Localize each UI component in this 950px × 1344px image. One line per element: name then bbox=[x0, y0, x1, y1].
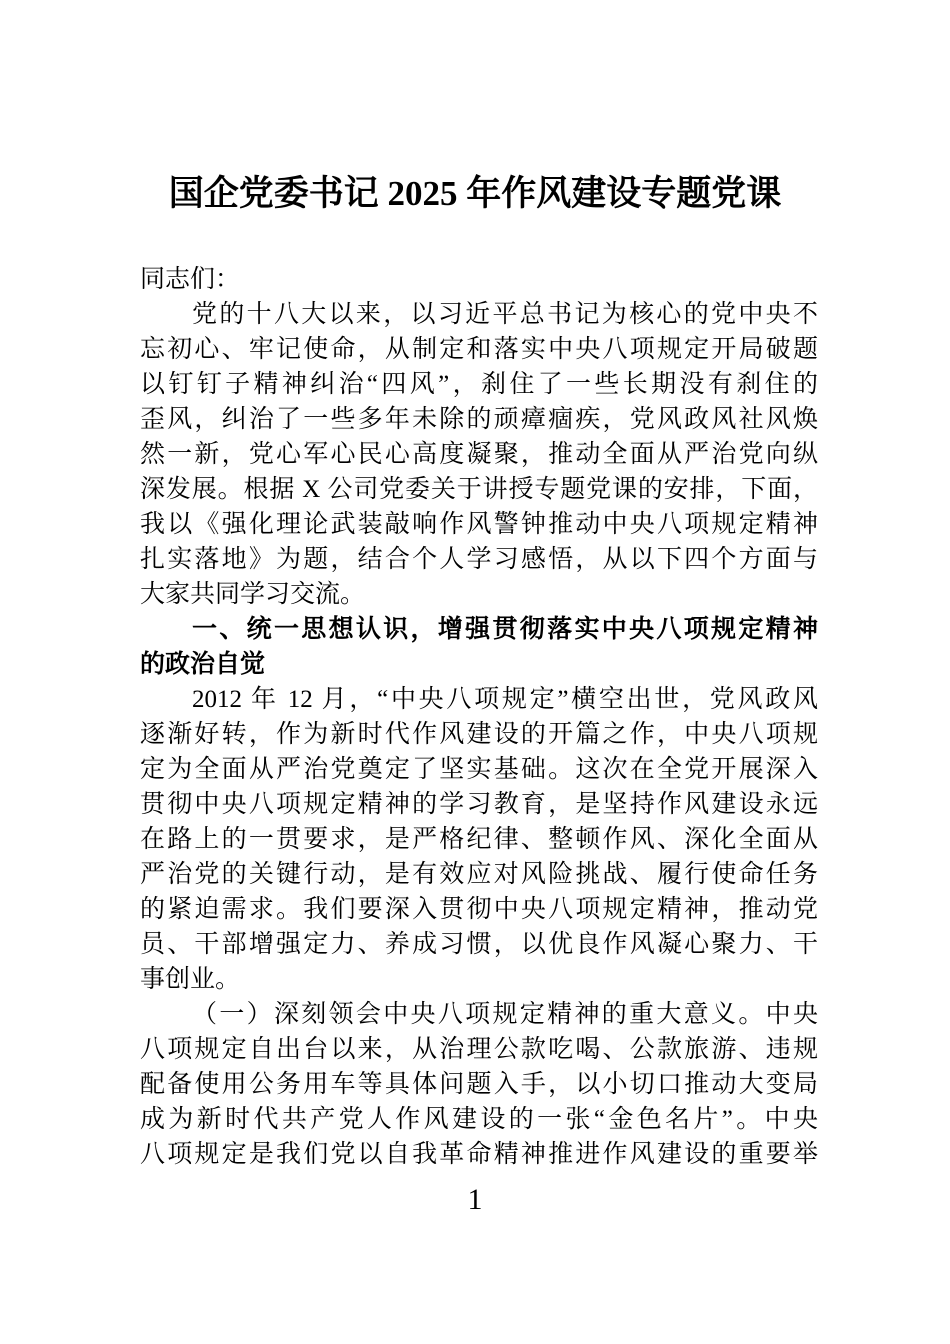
text-line: 党的十八大以来，以习近平总书记为核心的党中央不 bbox=[140, 297, 818, 332]
text-line: 贯彻中央八项规定精神的学习教育，是坚持作风建设永远 bbox=[140, 787, 818, 822]
document-body: 同志们：党的十八大以来，以习近平总书记为核心的党中央不忘初心、牢记使命，从制定和… bbox=[140, 262, 818, 1172]
text-line: 我以《强化理论武装敲响作风警钟推动中央八项规定精神 bbox=[140, 507, 818, 542]
text-line: 深发展。根据 X 公司党委关于讲授专题党课的安排，下面， bbox=[140, 472, 818, 507]
text-line: 配备使用公务用车等具体问题入手，以小切口推动大变局 bbox=[140, 1067, 818, 1102]
text-line: 在路上的一贯要求，是严格纪律、整顿作风、深化全面从 bbox=[140, 822, 818, 857]
text-line: 八项规定自出台以来，从治理公款吃喝、公款旅游、违规 bbox=[140, 1032, 818, 1067]
text-line: 员、干部增强定力、养成习惯，以优良作风凝心聚力、干 bbox=[140, 927, 818, 962]
document-title: 国企党委书记 2025 年作风建设专题党课 bbox=[136, 172, 814, 216]
text-line: 成为新时代共产党人作风建设的一张“金色名片”。中央 bbox=[140, 1102, 818, 1137]
text-line: 事创业。 bbox=[140, 962, 818, 997]
text-line: 忘初心、牢记使命，从制定和落实中央八项规定开局破题 bbox=[140, 332, 818, 367]
text-line: 逐渐好转，作为新时代作风建设的开篇之作，中央八项规 bbox=[140, 717, 818, 752]
paragraph-intro: 党的十八大以来，以习近平总书记为核心的党中央不忘初心、牢记使命，从制定和落实中央… bbox=[140, 297, 818, 612]
paragraph-salutation: 同志们： bbox=[140, 262, 818, 297]
text-line: 同志们： bbox=[140, 262, 818, 297]
text-line: 2012 年 12 月，“中央八项规定”横空出世，党风政风 bbox=[140, 682, 818, 717]
text-line: 扎实落地》为题，结合个人学习感悟，从以下四个方面与 bbox=[140, 542, 818, 577]
paragraph-section-1-1: （一）深刻领会中央八项规定精神的重大意义。中央八项规定自出台以来，从治理公款吃喝… bbox=[140, 997, 818, 1172]
text-line: 大家共同学习交流。 bbox=[140, 577, 818, 612]
text-line: 的政治自觉 bbox=[140, 647, 818, 682]
text-line: 一、统一思想认识，增强贯彻落实中央八项规定精神 bbox=[140, 612, 818, 647]
text-line: （一）深刻领会中央八项规定精神的重大意义。中央 bbox=[140, 997, 818, 1032]
text-line: 严治党的关键行动，是有效应对风险挑战、履行使命任务 bbox=[140, 857, 818, 892]
paragraph-heading-1: 一、统一思想认识，增强贯彻落实中央八项规定精神的政治自觉 bbox=[140, 612, 818, 682]
text-line: 定为全面从严治党奠定了坚实基础。这次在全党开展深入 bbox=[140, 752, 818, 787]
paragraph-section-1-intro: 2012 年 12 月，“中央八项规定”横空出世，党风政风逐渐好转，作为新时代作… bbox=[140, 682, 818, 997]
document-page: 国企党委书记 2025 年作风建设专题党课 同志们：党的十八大以来，以习近平总书… bbox=[0, 0, 950, 1344]
text-line: 八项规定是我们党以自我革命精神推进作风建设的重要举 bbox=[140, 1137, 818, 1172]
page-number: 1 bbox=[0, 1182, 950, 1218]
text-line: 歪风，纠治了一些多年未除的顽瘴痼疾，党风政风社风焕 bbox=[140, 402, 818, 437]
text-line: 以钉钉子精神纠治“四风”，刹住了一些长期没有刹住的 bbox=[140, 367, 818, 402]
text-line: 然一新，党心军心民心高度凝聚，推动全面从严治党向纵 bbox=[140, 437, 818, 472]
text-line: 的紧迫需求。我们要深入贯彻中央八项规定精神，推动党 bbox=[140, 892, 818, 927]
